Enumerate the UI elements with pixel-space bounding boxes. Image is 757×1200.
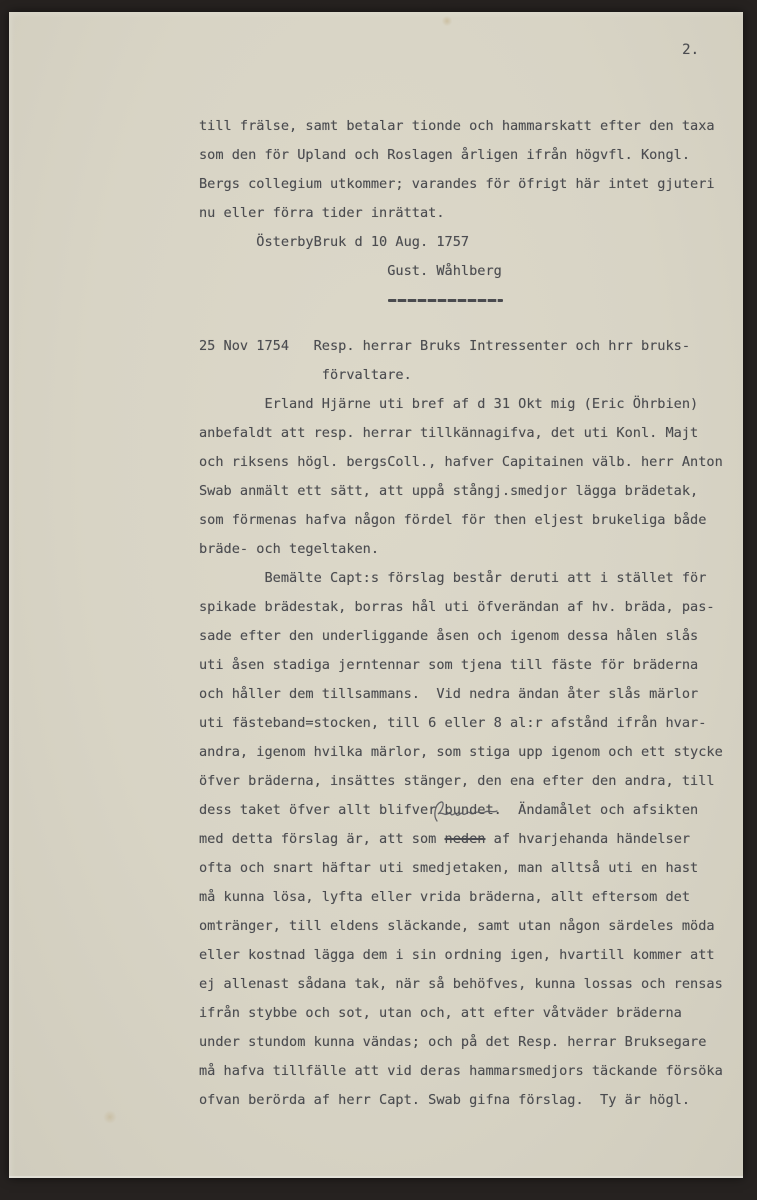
typed-line: och håller dem tillsammans. Vid nedra än… <box>199 680 723 709</box>
closing-paragraph-block: till frälse, samt betalar tionde och ham… <box>199 112 715 286</box>
typed-line: Swab anmält ett sätt, att uppå stångj.sm… <box>199 477 723 506</box>
typed-line: må kunna lösa, lyfta eller vrida brädern… <box>199 883 723 912</box>
typed-line: ej allenast sådana tak, när så behöfves,… <box>199 970 723 999</box>
typed-text: af hvarjehanda händelser <box>485 831 690 847</box>
dateline: ÖsterbyBruk d 10 Aug. 1757 <box>199 228 715 257</box>
typed-line: som förmenas hafva någon fördel för then… <box>199 506 723 535</box>
typed-line: Bergs collegium utkommer; varandes för ö… <box>199 170 715 199</box>
typed-line: dess taket öfver allt blifver bundet. Än… <box>199 796 723 825</box>
typed-line: andra, igenom hvilka märlor, som stiga u… <box>199 738 723 767</box>
typed-line: öfver bräderna, insättes stänger, den en… <box>199 767 723 796</box>
typed-line: och riksens högl. bergsColl., hafver Cap… <box>199 448 723 477</box>
typed-line: under stundom kunna vändas; och på det R… <box>199 1028 723 1057</box>
typed-line: uti åsen stadiga jerntennar som tjena ti… <box>199 651 723 680</box>
page-number: 2. <box>682 36 699 65</box>
typed-line: bräde- och tegeltaken. <box>199 535 723 564</box>
typed-text: med detta förslag är, att som <box>199 831 445 847</box>
letter-body-block: 25 Nov 1754 Resp. herrar Bruks Intressen… <box>199 332 723 1115</box>
typed-line: som den för Upland och Roslagen årligen … <box>199 141 715 170</box>
typed-line: uti fästeband=stocken, till 6 eller 8 al… <box>199 709 723 738</box>
typed-line: ofvan berörda af herr Capt. Swab gifna f… <box>199 1086 723 1115</box>
typed-line: sade efter den underliggande åsen och ig… <box>199 622 723 651</box>
struck-word: neden <box>445 831 486 847</box>
scan-background: 2. till frälse, samt betalar tionde och … <box>0 0 757 1200</box>
typed-line: ifrån stybbe och sot, utan och, att efte… <box>199 999 723 1028</box>
entry-heading-line: 25 Nov 1754 Resp. herrar Bruks Intressen… <box>199 332 723 361</box>
signature-line: Gust. Wåhlberg <box>199 257 715 286</box>
typed-line: spikade brädestak, borras hål uti öfverä… <box>199 593 723 622</box>
entry-heading-line: förvaltare. <box>199 361 723 390</box>
typed-line: ofta och snart häftar uti smedjetaken, m… <box>199 854 723 883</box>
typed-line: anbefaldt att resp. herrar tillkännagifv… <box>199 419 723 448</box>
typed-line: Bemälte Capt:s förslag består deruti att… <box>199 564 723 593</box>
typed-line: omtränger, till eldens släckande, samt u… <box>199 912 723 941</box>
typed-line-with-correction: med detta förslag är, att som neden af h… <box>199 825 723 854</box>
typed-line: Erland Hjärne uti bref af d 31 Okt mig (… <box>199 390 723 419</box>
typed-divider-icon <box>388 299 503 302</box>
typed-line: må hafva tillfälle att vid deras hammars… <box>199 1057 723 1086</box>
typed-line: till frälse, samt betalar tionde och ham… <box>199 112 715 141</box>
typed-line: eller kostnad lägga dem i sin ordning ig… <box>199 941 723 970</box>
typed-line: nu eller förra tider inrättat. <box>199 199 715 228</box>
paper-sheet: 2. till frälse, samt betalar tionde och … <box>9 12 743 1178</box>
